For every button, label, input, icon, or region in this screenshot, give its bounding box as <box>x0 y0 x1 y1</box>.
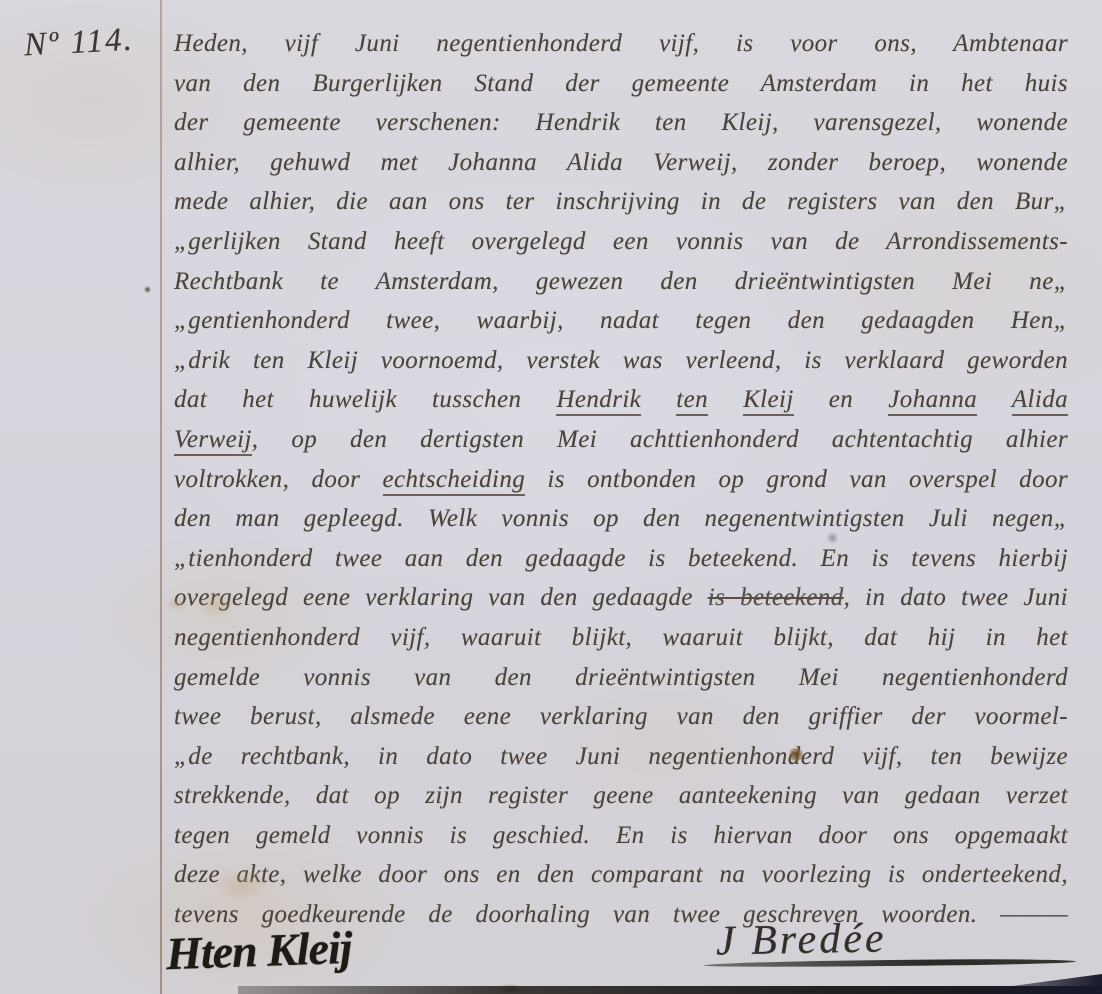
underlined-word: ten <box>676 386 708 416</box>
text-segment: voltrokken, door <box>174 466 383 493</box>
text-segment: strekkende, dat op zijn register geene a… <box>174 782 1068 809</box>
underlined-word: Johanna <box>888 386 977 416</box>
struck-word: is beteekend <box>708 584 844 611</box>
handwritten-line: der gemeente verschenen: Hendrik ten Kle… <box>174 103 1068 143</box>
paper-stain <box>196 592 236 618</box>
underlined-word: Alida <box>1012 386 1068 416</box>
handwritten-line: „gerlijken Stand heeft overgelegd een vo… <box>174 222 1068 262</box>
text-segment: der gemeente verschenen: Hendrik ten Kle… <box>174 109 1068 136</box>
text-segment: Rechtbank te Amsterdam, gewezen den drie… <box>174 268 1068 295</box>
text-segment: dat het huwelijk tusschen <box>174 386 556 413</box>
text-segment: mede alhier, die aan ons ter inschrijvin… <box>174 188 1068 215</box>
text-segment: , in dato twee Juni <box>844 584 1068 611</box>
text-segment: twee berust, alsmede eene verklaring van… <box>174 703 1068 730</box>
text-segment <box>977 386 1012 413</box>
text-segment: tegen gemeld vonnis is geschied. En is h… <box>174 822 1068 849</box>
text-segment: is ontbonden op grond van overspel door <box>525 466 1068 493</box>
handwritten-line: „gentienhonderd twee, waarbij, nadat teg… <box>174 301 1068 341</box>
handwritten-line: overgelegd eene verklaring van den gedaa… <box>174 578 1068 618</box>
handwritten-line: dat het huwelijk tusschen Hendrik ten Kl… <box>174 380 1068 420</box>
handwritten-line: den man gepleegd. Welk vonnis op den neg… <box>174 499 1068 539</box>
underlined-word: echtscheiding <box>383 466 526 496</box>
text-segment: deze akte, welke door ons en den compara… <box>174 861 1068 888</box>
text-segment <box>641 386 676 413</box>
text-segment: en <box>794 386 889 413</box>
text-segment: negentienhonderd vijf, waaruit blijkt, w… <box>174 624 1068 651</box>
handwritten-line: „de rechtbank, in dato twee Juni negenti… <box>174 737 1068 777</box>
paper-stain <box>214 868 270 902</box>
margin-rule-line <box>160 0 162 994</box>
text-segment: alhier, gehuwd met Johanna Alida Verweij… <box>174 149 1068 176</box>
ink-smudge <box>826 532 839 544</box>
handwritten-line: strekkende, dat op zijn register geene a… <box>174 776 1068 816</box>
document-page: Nº 114. Heden, vijf Juni negentienhonder… <box>0 0 1102 994</box>
text-segment: , op den dertigsten Mei achttienhonderd … <box>252 426 1068 453</box>
text-segment: gemelde vonnis van den drieëntwintigsten… <box>174 664 1068 691</box>
handwritten-line: Heden, vijf Juni negentienhonderd vijf, … <box>174 24 1068 64</box>
handwritten-line: deze akte, welke door ons en den compara… <box>174 855 1068 895</box>
paper-stain <box>166 596 188 612</box>
signature-registrar: J Bredée <box>716 915 887 966</box>
handwritten-line: gemelde vonnis van den drieëntwintigsten… <box>174 658 1068 698</box>
ink-blot <box>788 748 804 761</box>
text-segment: van den Burgerlijken Stand der gemeente … <box>174 70 1068 97</box>
act-number: Nº 114. <box>23 21 155 65</box>
text-segment: „drik ten Kleij voornoemd, verstek was v… <box>174 347 1068 374</box>
underlined-word: Hendrik <box>556 386 641 416</box>
text-segment: overgelegd eene verklaring van den gedaa… <box>174 584 708 611</box>
signature-comparant: Hten Kleij <box>165 921 352 980</box>
handwritten-line: mede alhier, die aan ons ter inschrijvin… <box>174 182 1068 222</box>
text-segment: „de rechtbank, in dato twee Juni negenti… <box>174 743 1068 770</box>
handwritten-line: Verweij, op den dertigsten Mei achttienh… <box>174 420 1068 460</box>
handwritten-line: „drik ten Kleij voornoemd, verstek was v… <box>174 341 1068 381</box>
document-body: Heden, vijf Juni negentienhonderd vijf, … <box>174 24 1068 935</box>
underlined-word: Verweij <box>174 426 252 456</box>
handwritten-line: twee berust, alsmede eene verklaring van… <box>174 697 1068 737</box>
underlined-word: Kleij <box>743 386 794 416</box>
text-segment <box>708 386 743 413</box>
handwritten-line: negentienhonderd vijf, waaruit blijkt, w… <box>174 618 1068 658</box>
handwritten-line: Rechtbank te Amsterdam, gewezen den drie… <box>174 262 1068 302</box>
text-segment: den man gepleegd. Welk vonnis op den neg… <box>174 505 1068 532</box>
handwritten-line: voltrokken, door echtscheiding is ontbon… <box>174 460 1068 500</box>
handwritten-line: alhier, gehuwd met Johanna Alida Verweij… <box>174 143 1068 183</box>
text-segment: „gerlijken Stand heeft overgelegd een vo… <box>174 228 1068 255</box>
text-segment: „tienhonderd twee aan den gedaagde is be… <box>174 545 1068 572</box>
handwritten-line: „tienhonderd twee aan den gedaagde is be… <box>174 539 1068 579</box>
margin-ink-dot <box>144 286 151 293</box>
text-segment: „gentienhonderd twee, waarbij, nadat teg… <box>174 307 1068 334</box>
handwritten-line: tegen gemeld vonnis is geschied. En is h… <box>174 816 1068 856</box>
photo-corner-shadow <box>952 974 1102 994</box>
text-segment: Heden, vijf Juni negentienhonderd vijf, … <box>174 30 1068 57</box>
handwritten-line: van den Burgerlijken Stand der gemeente … <box>174 64 1068 104</box>
